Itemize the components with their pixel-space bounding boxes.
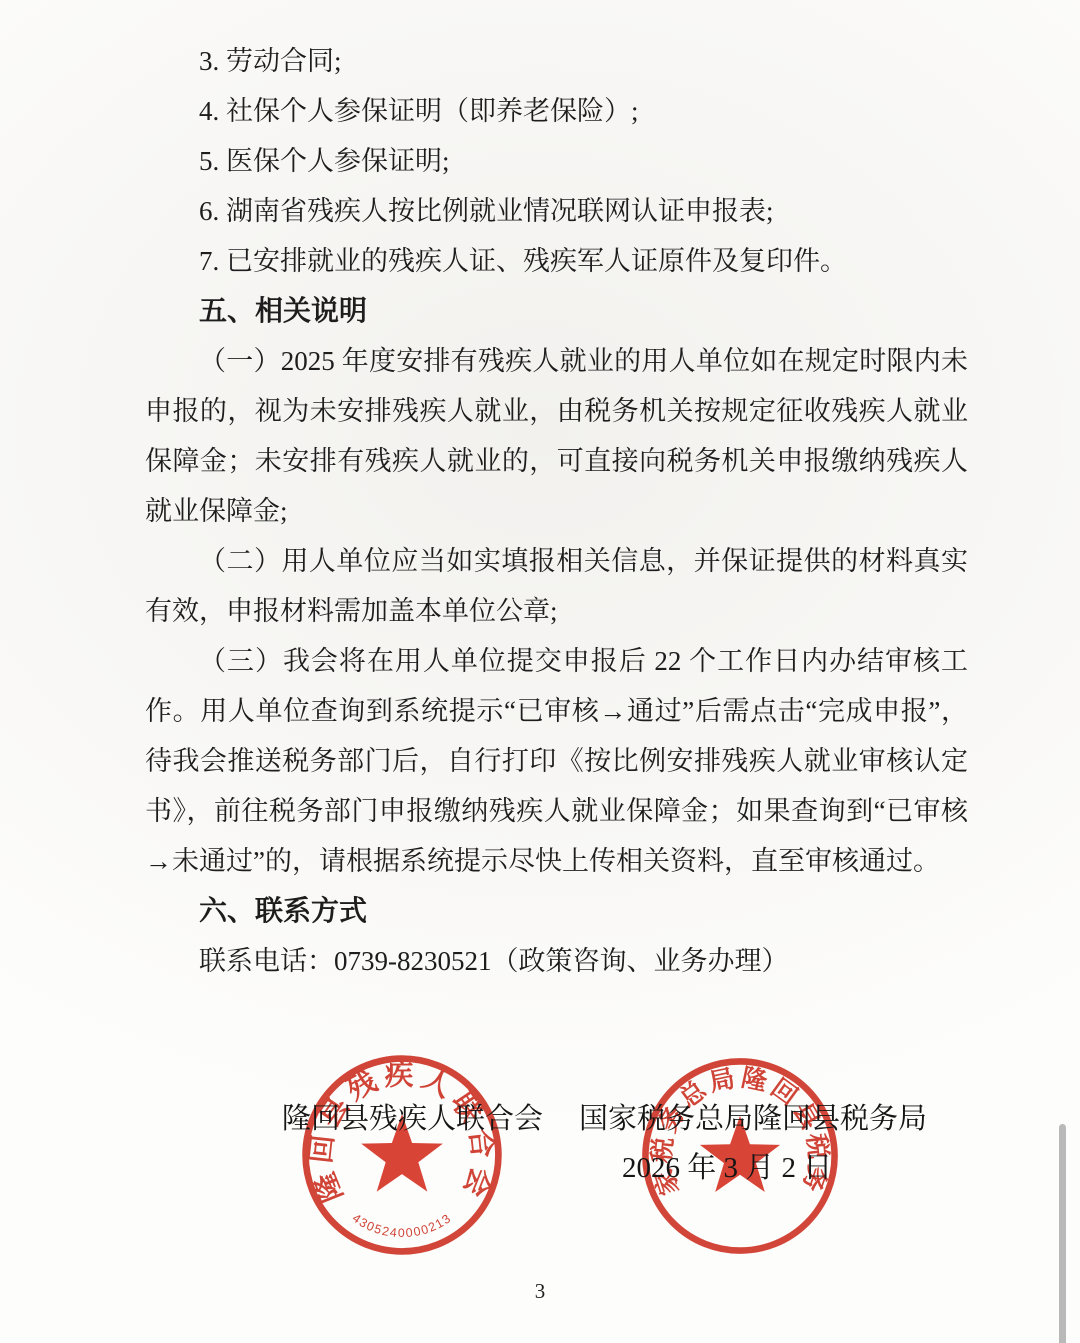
signature-orgs-line: 隆回县残疾人联合会 国家税务总局隆回县税务局 (282, 1102, 927, 1136)
page-number: 3 (0, 1279, 1080, 1304)
list-item-5: 5. 医保个人参保证明; (145, 136, 968, 186)
list-item-4: 4. 社保个人参保证明（即养老保险）; (145, 86, 968, 136)
scanned-document-page: 3. 劳动合同; 4. 社保个人参保证明（即养老保险）; 5. 医保个人参保证明… (0, 0, 1080, 1343)
contact-phone-line: 联系电话：0739-8230521（政策咨询、业务办理） (145, 936, 968, 986)
list-item-6: 6. 湖南省残疾人按比例就业情况联网认证申报表; (145, 186, 968, 236)
seal-code-number: 4305240000213 (350, 1211, 454, 1240)
official-seal-disabled-federation: 隆回县残疾人联合会 4305240000213 (297, 1050, 507, 1265)
section5-heading: 五、相关说明 (145, 286, 968, 336)
signature-date: 2026 年 3 月 2 日 (622, 1151, 832, 1185)
seal-graphic-left: 隆回县残疾人联合会 4305240000213 (297, 1050, 507, 1260)
list-item-7: 7. 已安排就业的残疾人证、残疾军人证原件及复印件。 (145, 236, 968, 286)
signature-org-left: 隆回县残疾人联合会 (282, 1102, 543, 1136)
section5-paragraph-3: （三）我会将在用人单位提交申报后 22 个工作日内办结审核工作。用人单位查询到系… (145, 636, 968, 886)
signature-org-right: 国家税务总局隆回县税务局 (579, 1102, 927, 1136)
section6-heading: 六、联系方式 (145, 886, 968, 936)
document-body: 3. 劳动合同; 4. 社保个人参保证明（即养老保险）; 5. 医保个人参保证明… (0, 0, 1080, 986)
scrollbar-thumb[interactable] (1059, 1124, 1066, 1343)
list-item-3: 3. 劳动合同; (145, 36, 968, 86)
section5-paragraph-2: （二）用人单位应当如实填报相关信息，并保证提供的材料真实有效，申报材料需加盖本单… (145, 536, 968, 636)
section5-paragraph-1: （一）2025 年度安排有残疾人就业的用人单位如在规定时限内未申报的，视为未安排… (145, 336, 968, 536)
svg-text:4305240000213: 4305240000213 (350, 1211, 454, 1240)
